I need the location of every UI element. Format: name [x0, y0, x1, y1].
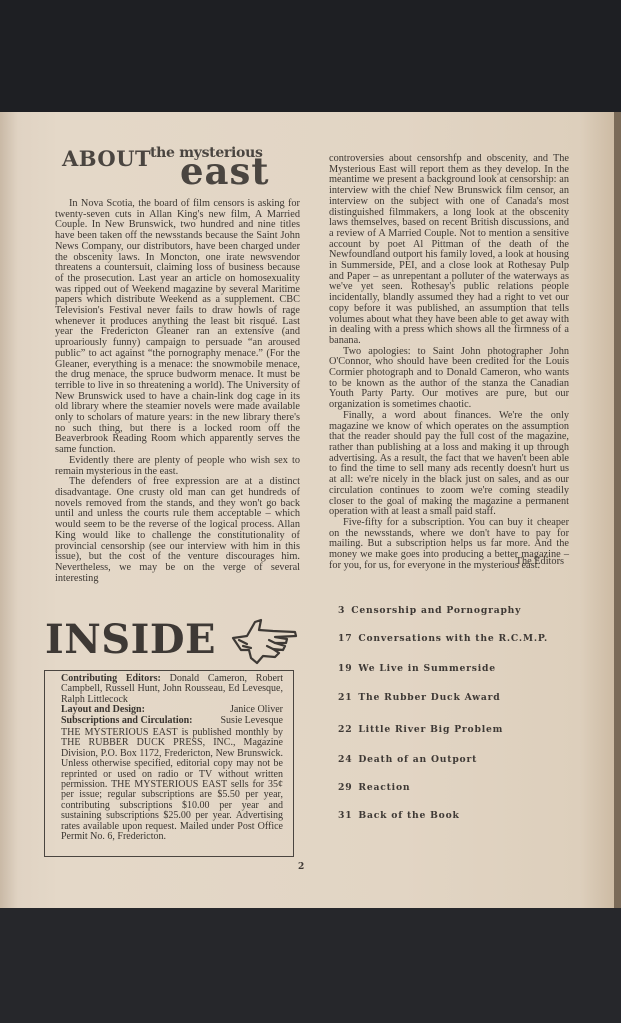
- toc-title: We Live in Summerside: [358, 663, 496, 674]
- subscriptions-label: Subscriptions and Circulation:: [61, 716, 193, 726]
- publication-info: THE MYSTERIOUS EAST is published monthly…: [61, 728, 283, 842]
- toc-title: Back of the Book: [358, 810, 459, 821]
- staff-credits: Contributing Editors: Donald Cameron, Ro…: [61, 674, 283, 726]
- editorial-right-column: controversies about censorshfp and obsce…: [329, 154, 569, 571]
- toc-item[interactable]: 24Death of an Outport: [338, 754, 477, 765]
- page-number: 2: [298, 862, 304, 872]
- scan-background-top: [0, 0, 621, 113]
- toc-item[interactable]: 3Censorship and Pornography: [338, 605, 521, 616]
- toc-title: Little River Big Problem: [358, 724, 503, 735]
- toc-title: The Rubber Duck Award: [358, 692, 500, 703]
- editorial-paragraph: Finally, a word about finances. We're th…: [329, 411, 569, 518]
- toc-page: 3: [338, 605, 345, 616]
- toc-page: 19: [338, 663, 352, 674]
- toc-page: 29: [338, 782, 352, 793]
- toc-item[interactable]: 31Back of the Book: [338, 810, 460, 821]
- editorial-signoff: The Editors: [480, 556, 564, 567]
- toc-title: Death of an Outport: [358, 754, 477, 765]
- editorial-paragraph: The defenders of free expression are at …: [55, 477, 300, 584]
- toc-page: 22: [338, 724, 352, 735]
- toc-page: 31: [338, 810, 352, 821]
- editorial-paragraph: Two apologies: to Saint John photographe…: [329, 347, 569, 411]
- editorial-paragraph: In Nova Scotia, the board of film censor…: [55, 199, 300, 456]
- masthead-box: Contributing Editors: Donald Cameron, Ro…: [44, 670, 294, 857]
- toc-page: 21: [338, 692, 352, 703]
- editorial-paragraph: controversies about censorshfp and obsce…: [329, 154, 569, 347]
- inside-title: INSIDE: [45, 618, 216, 662]
- toc-item[interactable]: 19We Live in Summerside: [338, 663, 496, 674]
- contributing-editors: Contributing Editors: Donald Cameron, Ro…: [61, 674, 283, 705]
- toc-title: Censorship and Pornography: [351, 605, 521, 616]
- editorial-left-column: In Nova Scotia, the board of film censor…: [55, 199, 300, 584]
- inside-heading: INSIDE: [45, 618, 305, 670]
- contributing-label: Contributing Editors:: [61, 673, 161, 684]
- about-heading: ABOUT the mysterious east: [62, 146, 322, 190]
- subscriptions-credit: Subscriptions and Circulation: Susie Lev…: [61, 716, 283, 726]
- page-edge: [614, 112, 621, 910]
- toc-item[interactable]: 21The Rubber Duck Award: [338, 692, 501, 703]
- heading-about-word: ABOUT: [62, 146, 151, 171]
- subscriptions-value: Susie Levesque: [221, 716, 284, 726]
- scan-background-bottom: [0, 908, 621, 1023]
- editorial-paragraph: Evidently there are plenty of people who…: [55, 456, 300, 477]
- toc-item[interactable]: 17Conversations with the R.C.M.P.: [338, 633, 548, 644]
- heading-east-word: east: [180, 152, 269, 190]
- toc-page: 17: [338, 633, 352, 644]
- toc-page: 24: [338, 754, 352, 765]
- toc-item[interactable]: 22Little River Big Problem: [338, 724, 503, 735]
- pointing-hand-icon: [229, 616, 301, 668]
- toc-title: Reaction: [358, 782, 410, 793]
- toc-title: Conversations with the R.C.M.P.: [358, 633, 548, 644]
- toc-item[interactable]: 29Reaction: [338, 782, 410, 793]
